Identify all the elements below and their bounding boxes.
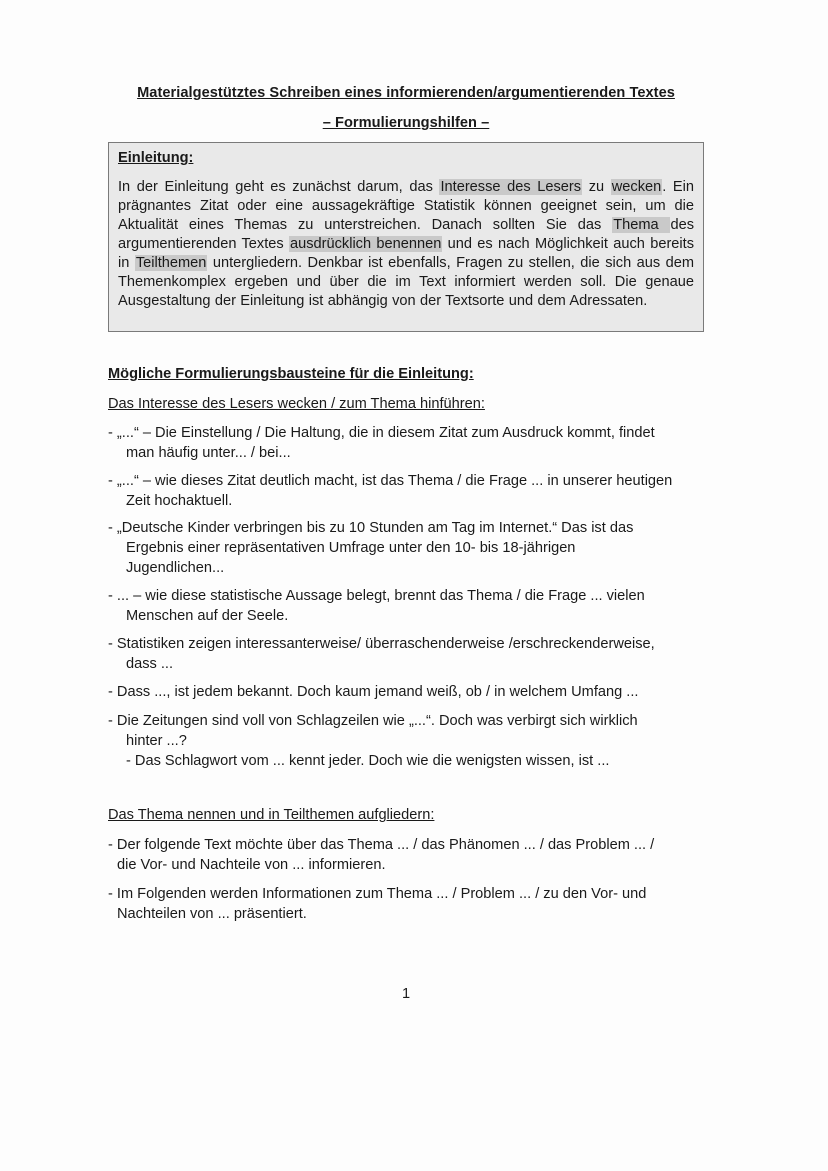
list-item: - Im Folgenden werden Informationen zum … (108, 884, 708, 924)
list-item-text: - ... – wie diese statistische Aussage b… (108, 586, 708, 606)
highlighted-term: wecken (611, 179, 662, 195)
introduction-infobox: Einleitung: In der Einleitung geht es zu… (108, 142, 704, 332)
list-item-text: - Der folgende Text möchte über das Them… (108, 835, 708, 855)
list-item-continuation: die Vor- und Nachteile von ... informier… (108, 855, 708, 875)
highlighted-term: Teilthemen (135, 255, 208, 271)
infobox-heading: Einleitung: (118, 149, 694, 168)
highlighted-term: ausdrücklich benennen (289, 236, 442, 252)
list-item-continuation: hinter ...? (108, 731, 708, 751)
section-heading: Mögliche Formulierungsbausteine für die … (108, 366, 474, 382)
list-item-continuation: man häufig unter... / bei... (108, 443, 708, 463)
infobox-text: In der Einleitung geht es zunächst darum… (118, 178, 694, 311)
list-item: - Die Zeitungen sind voll von Schlagzeil… (108, 711, 708, 771)
list-item: - Dass ..., ist jedem bekannt. Doch kaum… (108, 682, 708, 702)
highlighted-term: Interesse des Lesers (439, 179, 582, 195)
subsection-heading-topic: Das Thema nennen und in Teilthemen aufgl… (108, 807, 434, 823)
list-item-text: - „Deutsche Kinder verbringen bis zu 10 … (108, 518, 708, 538)
list-item-continuation: Menschen auf der Seele. (108, 606, 708, 626)
infobox-text-segment: In der Einleitung geht es zunächst darum… (118, 179, 439, 195)
document-subtitle: – Formulierungshilfen – (0, 115, 812, 131)
list-item: - Der folgende Text möchte über das Them… (108, 835, 708, 875)
list-item-continuation: Nachteilen von ... präsentiert. (108, 904, 708, 924)
infobox-text-segment: zu (582, 179, 611, 195)
document-page: Materialgestütztes Schreiben eines infor… (0, 0, 828, 1171)
list-item-continuation: dass ... (108, 654, 708, 674)
list-item: - „...“ – wie dieses Zitat deutlich mach… (108, 471, 708, 511)
page-number: 1 (0, 986, 812, 1002)
document-title: Materialgestütztes Schreiben eines infor… (0, 85, 812, 101)
list-item: - „Deutsche Kinder verbringen bis zu 10 … (108, 518, 708, 578)
list-item: - Statistiken zeigen interessanterweise/… (108, 634, 708, 674)
highlighted-term: Thema (612, 217, 670, 233)
list-item-text: - „...“ – Die Einstellung / Die Haltung,… (108, 423, 708, 443)
list-item-continuation: - Das Schlagwort vom ... kennt jeder. Do… (108, 751, 708, 771)
list-item-continuation: Zeit hochaktuell. (108, 491, 708, 511)
list-item-continuation: Jugendlichen... (108, 558, 708, 578)
list-item-text: - „...“ – wie dieses Zitat deutlich mach… (108, 471, 708, 491)
list-item: - „...“ – Die Einstellung / Die Haltung,… (108, 423, 708, 463)
list-item-continuation: Ergebnis einer repräsentativen Umfrage u… (108, 538, 708, 558)
list-item-text: - Dass ..., ist jedem bekannt. Doch kaum… (108, 682, 708, 702)
list-item-text: - Statistiken zeigen interessanterweise/… (108, 634, 708, 654)
list-item: - ... – wie diese statistische Aussage b… (108, 586, 708, 626)
list-item-text: - Im Folgenden werden Informationen zum … (108, 884, 708, 904)
list-item-text: - Die Zeitungen sind voll von Schlagzeil… (108, 711, 708, 731)
subsection-heading-interest: Das Interesse des Lesers wecken / zum Th… (108, 396, 485, 412)
